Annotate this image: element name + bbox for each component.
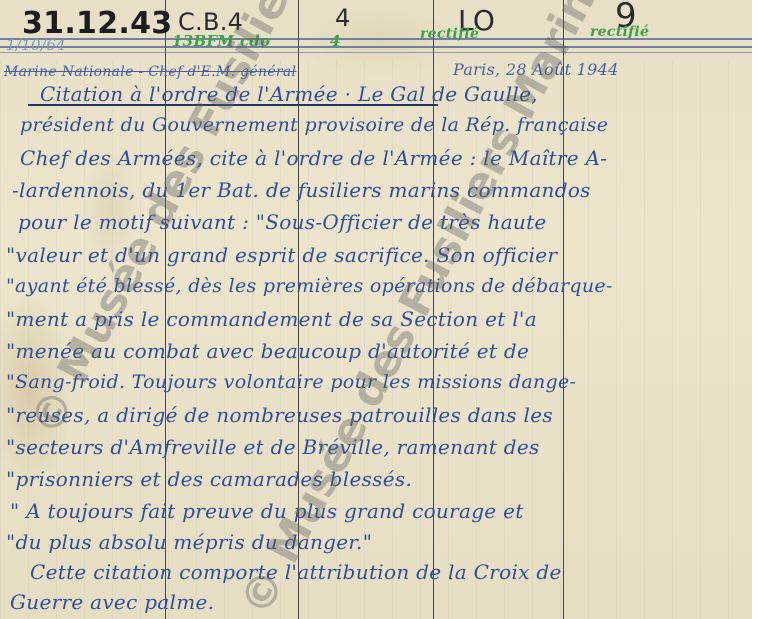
- green-annotation: rectifié: [420, 26, 479, 42]
- citation-line: "reuses, a dirigé de nombreuses patrouil…: [6, 403, 553, 427]
- citation-line: " A toujours fait preuve du plus grand c…: [10, 499, 524, 523]
- citation-line: Chef des Armées, cite à l'ordre de l'Arm…: [20, 146, 607, 170]
- citation-line: "prisonniers et des camarades blessés.: [6, 467, 412, 491]
- issuer-line: Marine Nationale - Chef d'E.M. général: [4, 64, 296, 80]
- citation-line: "menée au combat avec beaucoup d'autorit…: [6, 339, 529, 363]
- citation-line: "du plus absolu mépris du danger.": [6, 530, 372, 554]
- citation-line: Cette citation comporte l'attribution de…: [30, 560, 562, 584]
- title-underline: [28, 104, 438, 106]
- citation-line: "ayant été blessé, dès les premières opé…: [6, 275, 613, 297]
- entry-code-secondary: 13BFM cdo: [172, 32, 270, 50]
- column-line: [563, 0, 564, 619]
- scan-border: [752, 0, 758, 619]
- entry-mark-secondary: 4: [330, 32, 341, 50]
- green-annotation: rectifié: [590, 24, 649, 40]
- citation-line: Guerre avec palme.: [10, 590, 214, 614]
- citation-line: "Sang-froid. Toujours volontaire pour le…: [6, 371, 576, 393]
- citation-line: "secteurs d'Amfreville et de Bréville, r…: [6, 435, 540, 459]
- citation-line: pour le motif suivant : "Sous-Officier d…: [18, 210, 547, 234]
- citation-line: "valeur et d'un grand esprit de sacrific…: [6, 243, 557, 267]
- place-date-line: Paris, 28 Août 1944: [453, 60, 619, 79]
- header-rule: [0, 52, 752, 53]
- citation-line: -lardennois, du 1er Bat. de fusiliers ma…: [12, 178, 591, 202]
- scanned-document: 31.12.43 1/10/64 C.B.4 13BFM cdo 4 4 LO …: [0, 0, 752, 619]
- citation-line: "ment a pris le commandement de sa Secti…: [6, 307, 537, 331]
- header-rule: [0, 46, 752, 48]
- entry-mark: 4: [335, 4, 351, 32]
- citation-line: président du Gouvernement provisoire de …: [20, 114, 608, 136]
- citation-line: Citation à l'ordre de l'Armée · Le Gal d…: [40, 82, 538, 106]
- entry-date-secondary: 1/10/64: [6, 36, 66, 54]
